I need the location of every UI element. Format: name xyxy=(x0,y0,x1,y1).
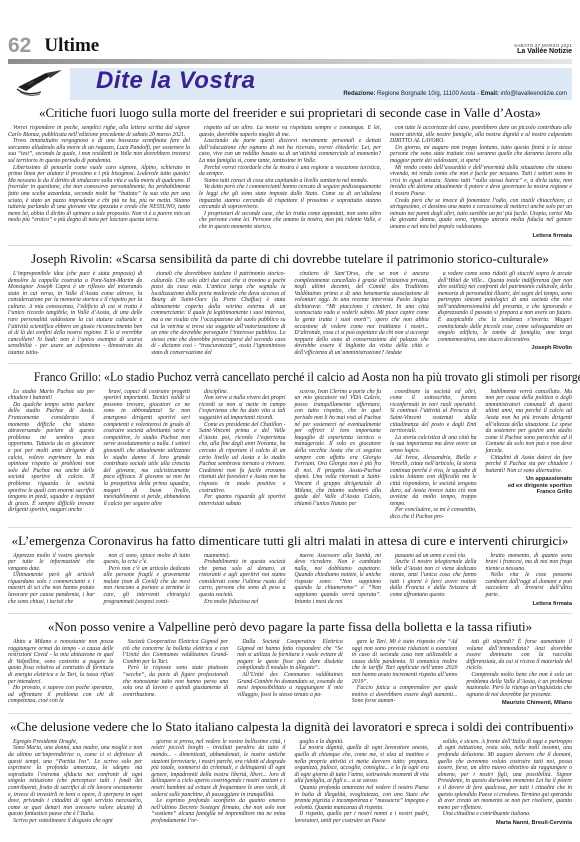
column-text: a vedere come sono ridotti gli stucchi s… xyxy=(438,271,572,344)
signature: Lettera firmata xyxy=(390,233,572,239)
article-column: con tutte le accortezze del caso, potreb… xyxy=(390,125,572,239)
dite-la-vostra-banner: Dite la Vostra Redazione: Regione Borgna… xyxy=(8,67,572,101)
column-text: solido, e sicuro. A fronte dell’Italia d… xyxy=(438,739,572,818)
letter-article-rivolin: Joseph Rivolin: «Scarsa sensibilità da p… xyxy=(8,245,572,361)
article-headline: «Critiche fuori luogo sulla morte del fr… xyxy=(8,105,572,121)
article-column: brutto momento, di quanto sono bravi i f… xyxy=(486,553,573,608)
article-column: Vorrei rispondere in poche, semplici rig… xyxy=(8,125,190,239)
article-column: L’improponibile idea (che pure è stata p… xyxy=(8,271,142,357)
signature: Joseph Rivolin xyxy=(438,345,572,351)
article-headline: «Che delusione vedere che lo Stato itali… xyxy=(10,719,570,735)
pen-hand-icon xyxy=(14,67,68,104)
article-column: zionali che dovrebbero tutelare il patri… xyxy=(151,271,285,357)
redazione-label: Redazione: xyxy=(343,91,375,97)
section-title: Ultime xyxy=(44,36,99,56)
email-label: Email: xyxy=(481,91,499,97)
letter-article-puchoz: Franco Grillo: «Lo stadio Puchoz verrà c… xyxy=(8,363,572,525)
letter-article-coronavirus: «L’emergenza Coronavirus ha fatto diment… xyxy=(8,527,572,612)
article-column: passano ad un anno e così via.Anche il n… xyxy=(390,553,477,608)
redazione-address: Regione Borgnalle 10/g, 11100 Aosta - xyxy=(375,91,481,97)
article-headline: Franco Grillo: «Lo stadio Puchoz verrà c… xyxy=(34,369,546,385)
article-column: tati gli stipendi? È forse aumentato il … xyxy=(466,639,572,707)
article-columns: Abito a Milano e nonostante non possa ra… xyxy=(8,639,572,707)
article-column: Egregio Presidente Draghi,Sono Maria, un… xyxy=(8,739,142,827)
article-column: rispetto ad un altro. La morte va rispet… xyxy=(199,125,381,239)
column-text: babilmente verrà cancellato. Ma non per … xyxy=(486,389,573,475)
article-column: non ci sono, spiace molto di tutto quest… xyxy=(104,553,191,608)
article-column: Abito a Milano e nonostante non possa ra… xyxy=(8,639,114,707)
divider-gradient-bar xyxy=(8,59,572,64)
newspaper-name: La Vallée Notizie xyxy=(514,48,572,55)
article-columns: Vorrei rispondere in poche, semplici rig… xyxy=(8,125,572,239)
page-number: 62 xyxy=(8,36,31,56)
article-columns: Lo stadio Mario Puchoz sta per chiudere … xyxy=(8,389,572,521)
article-column: scorso, Ivan Clerino a parte che fu un m… xyxy=(295,389,382,521)
redazione-line: Redazione: Regione Borgnalle 10/g, 11100… xyxy=(343,91,567,97)
article-column: solido, e sicuro. A fronte dell’Italia d… xyxy=(438,739,572,827)
article-headline: «L’emergenza Coronavirus ha fatto diment… xyxy=(8,533,572,549)
column-text: brutto momento, di quanto sono bravi i f… xyxy=(486,553,573,599)
masthead: 62 Ultime SABATO 27 MARZO 2021 La Vallée… xyxy=(8,36,572,56)
column-text: tati gli stipendi? È forse aumentato il … xyxy=(466,639,572,698)
signature: Lettera firmata xyxy=(486,601,573,607)
article-column: goglio e la dignità.La nostra dignità, q… xyxy=(295,739,429,827)
article-column: discipline.Non serve a nulla vivere dei … xyxy=(199,389,286,521)
letter-article-valpelline: «Non posso venire a Valpelline però devo… xyxy=(8,613,572,711)
article-headline: «Non posso venire a Valpelline però devo… xyxy=(8,619,572,635)
article-column: Società Cooperativa Elettrica Gignod per… xyxy=(123,639,229,707)
article-columns: L’improponibile idea (che pure è stata p… xyxy=(8,271,572,357)
article-column: bravi, capaci di costruire progetti spor… xyxy=(104,389,191,521)
article-column: babilmente verrà cancellato. Ma non per … xyxy=(486,389,573,521)
article-column: gare la Tari. Mi è stato risposto che “A… xyxy=(352,639,458,707)
article-columns: Egregio Presidente Draghi,Sono Maria, un… xyxy=(8,739,572,827)
article-column: Apprezzo molto il vostro giornale per tu… xyxy=(8,553,95,608)
signature: Marta Nanni, Breuil-Cervinia xyxy=(438,820,572,826)
signature: Un appassionatoed ex dirigente sportivoF… xyxy=(486,476,573,495)
letter-article-draghi: «Che delusione vedere che lo Stato itali… xyxy=(8,713,572,831)
article-column: Dalla Società Cooperativa Elettrica Gign… xyxy=(237,639,343,707)
column-text: con tutte le accortezze del caso, potreb… xyxy=(390,125,572,231)
letter-article-freerider: «Critiche fuori luogo sulla morte del fr… xyxy=(8,101,572,243)
article-columns: Apprezzo molto il vostro giornale per tu… xyxy=(8,553,572,608)
article-column: Lo stadio Mario Puchoz sta per chiudere … xyxy=(8,389,95,521)
banner-title: Dite la Vostra xyxy=(96,67,256,95)
article-headline: Joseph Rivolin: «Scarsa sensibilità da p… xyxy=(8,251,572,267)
article-column: cimitero di Sant’Orso, che se non è anco… xyxy=(295,271,429,357)
article-column: a vedere come sono ridotti gli stucchi s… xyxy=(438,271,572,357)
article-column: giorno si prova, nel vedere le nostre be… xyxy=(151,739,285,827)
newspaper-page: 62 Ultime SABATO 27 MARZO 2021 La Vallée… xyxy=(0,0,580,830)
email-address: info@lavalleenotizie.com xyxy=(499,91,567,97)
article-column: nuamente).Probabilmente in questa societ… xyxy=(199,553,286,608)
paper-info: SABATO 27 MARZO 2021 La Vallée Notizie xyxy=(514,43,572,56)
signature: Maurizio Chimenti, Milano xyxy=(466,700,572,706)
article-column: coordinare la società ed altri, come il … xyxy=(390,389,477,521)
article-column: nuovo Assessore alla Sanità, mi devo ric… xyxy=(295,553,382,608)
